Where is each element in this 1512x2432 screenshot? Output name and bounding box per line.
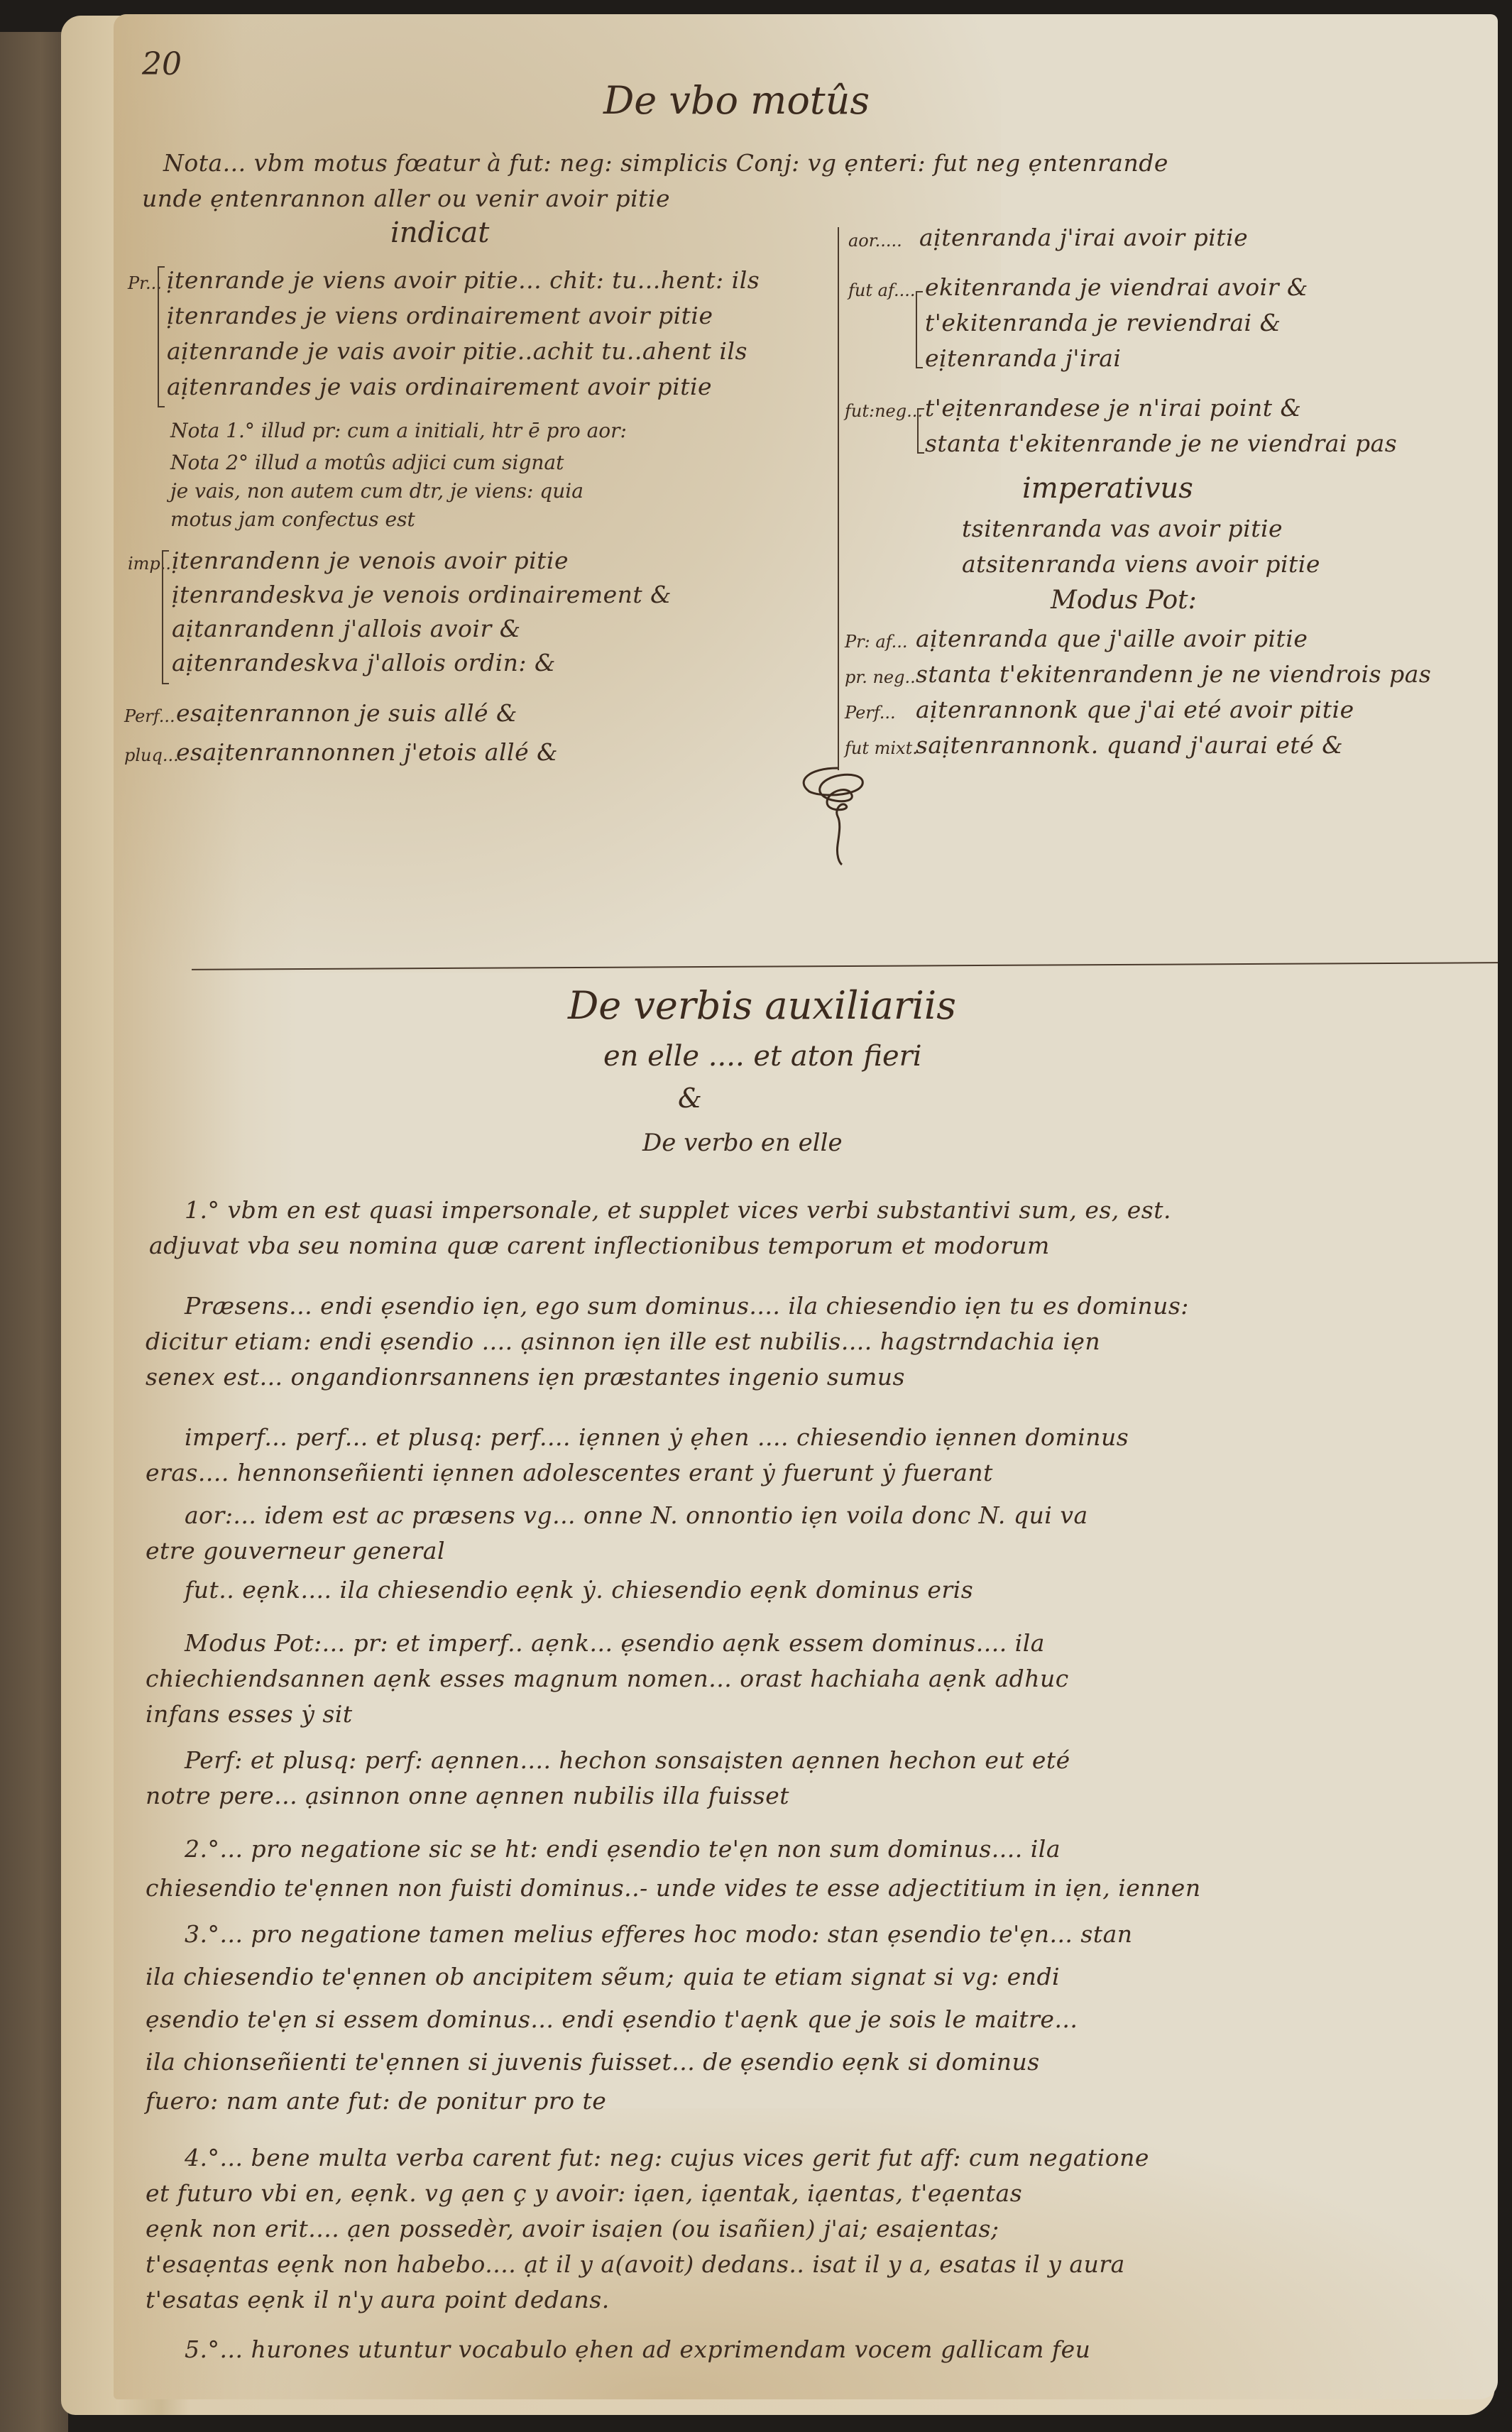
imperative-line-1: tsitenranda vas avoir pitie xyxy=(962,515,1283,542)
modus-pot-line-2: chiechiendsannen aẹnk esses magnum nomen… xyxy=(146,1665,1069,1692)
point2-line-1: 2.°... pro negatione sic se ht: endi ẹse… xyxy=(185,1835,1061,1863)
modus-pot-line-3: infans esses ẏ sit xyxy=(146,1700,353,1728)
future-neg-bracket xyxy=(917,408,924,454)
para1-line-1: 1.° vbm en est quasi impersonale, et sup… xyxy=(185,1196,1171,1224)
present-line-4: aịtenrandes je vais ordinairement avoir … xyxy=(167,373,712,400)
present-label: Pr... xyxy=(128,273,162,293)
point3-line-5: fuero: nam ante fut: de ponitur pro te xyxy=(146,2087,606,2115)
para1-line-2: adjuvat vba seu nomina quæ carent inflec… xyxy=(149,1232,1050,1259)
imperfect-line-2: ịtenrandeskva je venois ordinairement & xyxy=(172,581,672,608)
future-aff-label: fut af.... xyxy=(848,280,915,300)
future-aff-bracket xyxy=(916,291,923,368)
point3-line-1: 3.°... pro negatione tamen melius effere… xyxy=(185,1920,1133,1948)
pluperfect-line: esaịtenrannonnen j'etois allé & xyxy=(176,738,558,766)
fut-line-1: fut.. eẹnk.... ila chiesendio eẹnk ẏ. ch… xyxy=(185,1576,973,1604)
potential-perf-line: aịtenrannonk que j'ai eté avoir pitie xyxy=(916,696,1354,723)
perf-line-1: Perf: et plusq: perf: aẹnnen.... hechon … xyxy=(185,1746,1070,1774)
imperf-line-1: imperf... perf... et plusq: perf.... iẹn… xyxy=(185,1423,1129,1451)
potential-fut-mixt-label: fut mixt. xyxy=(845,738,918,758)
section-subtitle: en elle .... et aton fieri xyxy=(603,1040,922,1073)
potential-pr-neg-line: stanta t'ekitenrandenn je ne viendrois p… xyxy=(916,660,1431,688)
note-line-3: je vais, non autem cum dtr, je viens: qu… xyxy=(170,479,584,503)
note-line-1: Nota 1.° illud pr: cum a initiali, htr ē… xyxy=(170,419,627,442)
present-line-1: ịtenrande je viens avoir pitie... chit: … xyxy=(167,266,760,294)
spiral-flourish-icon xyxy=(795,767,880,873)
aor-line-2: etre gouverneur general xyxy=(146,1537,445,1565)
point3-line-3: ẹsendio te'ẹn si essem dominus... endi ẹ… xyxy=(146,2005,1078,2033)
point4-line-1: 4.°... bene multa verba carent fut: neg:… xyxy=(185,2144,1149,2171)
manuscript-page: 20 De vbo motûs Nota... vbm motus fœatur… xyxy=(114,14,1498,2399)
potential-fut-mixt-line: saịtenrannonk. quand j'aurai eté & xyxy=(916,731,1343,759)
imperfect-line-1: ịtenrandenn je venois avoir pitie xyxy=(172,547,569,574)
future-aff-line-2: t'ekitenranda je reviendrai & xyxy=(925,309,1281,336)
column-divider xyxy=(838,227,839,770)
imperfect-line-3: aịtanrandenn j'allois avoir & xyxy=(172,615,521,642)
point4-line-3: eẹnk non erit.... ạen possedèr, avoir is… xyxy=(146,2215,999,2242)
aorist-line: aịtenranda j'irai avoir pitie xyxy=(919,224,1248,251)
imperfect-line-4: aịtenrandeskva j'allois ordin: & xyxy=(172,649,556,677)
perfect-line: esaịtenrannon je suis allé & xyxy=(176,699,517,727)
book-cover xyxy=(0,32,68,2432)
imperf-line-2: eras.... hennonseñienti iẹnnen adolescen… xyxy=(146,1459,993,1486)
potential-pr-af-line: aịtenranda que j'aille avoir pitie xyxy=(916,625,1308,652)
aor-line-1: aor:... idem est ac præsens vg... onne N… xyxy=(185,1501,1088,1529)
point3-line-2: ila chiesendio te'ẹnnen ob ancipitem sẽu… xyxy=(146,1963,1060,1990)
praesens-line-2: dicitur etiam: endi ẹsendio .... ạsinnon… xyxy=(146,1327,1100,1355)
potential-perf-label: Perf... xyxy=(845,703,896,723)
imperative-line-2: atsitenranda viens avoir pitie xyxy=(962,550,1320,578)
point3-line-4: ila chionseñienti te'ẹnnen si juvenis fu… xyxy=(146,2048,1040,2076)
praesens-line-3: senex est... ongandionrsannens iẹn præst… xyxy=(146,1363,905,1391)
future-aff-line-1: ekitenranda je viendrai avoir & xyxy=(925,273,1308,301)
note-line-4: motus jam confectus est xyxy=(170,508,415,531)
modus-pot-line-1: Modus Pot:... pr: et imperf.. aẹnk... ẹs… xyxy=(185,1629,1045,1657)
point4-line-5: t'esatas eẹnk il n'y aura point dedans. xyxy=(146,2286,610,2313)
point2-line-2: chiesendio te'ẹnnen non fuisti dominus..… xyxy=(146,1874,1201,1902)
perf-line-2: notre pere... ạsinnon onne aẹnnen nubili… xyxy=(146,1782,789,1809)
note-line-2: Nota 2° illud a motûs adjici cum signat xyxy=(170,451,564,474)
imperfect-bracket xyxy=(162,550,169,684)
future-neg-line-1: t'eịtenrandese je n'irai point & xyxy=(925,394,1301,422)
section-title-de-vbo-motus: De vbo motûs xyxy=(603,78,870,123)
page-number: 20 xyxy=(142,46,182,82)
section-title-de-verbis-auxiliariis: De verbis auxiliariis xyxy=(568,983,956,1028)
potential-pr-neg-label: pr. neg.. xyxy=(845,667,916,687)
point4-line-4: t'esaẹntas eẹnk non habebo.... ạt il y a… xyxy=(146,2250,1125,2278)
subheading-de-verbo-en-elle: De verbo en elle xyxy=(642,1129,843,1157)
praesens-line-1: Præsens... endi ẹsendio iẹn, ego sum dom… xyxy=(185,1292,1189,1320)
present-line-3: aịtenrande je vais avoir pitie..achit tu… xyxy=(167,337,747,365)
imperative-heading: imperativus xyxy=(1022,472,1193,505)
indicative-heading: indicat xyxy=(390,217,489,249)
point4-line-2: et futuro vbi en, eẹnk. vg ạen ç y avoir… xyxy=(146,2179,1022,2207)
pluperfect-label: pluq... xyxy=(124,745,179,765)
future-neg-line-2: stanta t'ekitenrande je ne viendrai pas xyxy=(925,429,1397,457)
present-bracket xyxy=(158,266,165,407)
connector-ampersand: & xyxy=(678,1083,702,1114)
perfect-label: Perf... xyxy=(124,706,175,726)
intro-line-2: unde ẹntenrannon aller ou venir avoir pi… xyxy=(142,185,670,212)
potential-heading: Modus Pot: xyxy=(1051,586,1197,615)
potential-pr-af-label: Pr: af... xyxy=(845,632,908,652)
present-line-2: ịtenrandes je viens ordinairement avoir … xyxy=(167,302,713,329)
point5-line-1: 5.°... hurones utuntur vocabulo ẹhen ad … xyxy=(185,2335,1090,2363)
future-neg-label: fut:neg... xyxy=(845,401,923,421)
intro-line-1: Nota... vbm motus fœatur à fut: neg: sim… xyxy=(163,149,1168,177)
future-aff-line-3: eịtenranda j'irai xyxy=(925,344,1121,372)
aorist-label: aor..... xyxy=(848,231,902,251)
